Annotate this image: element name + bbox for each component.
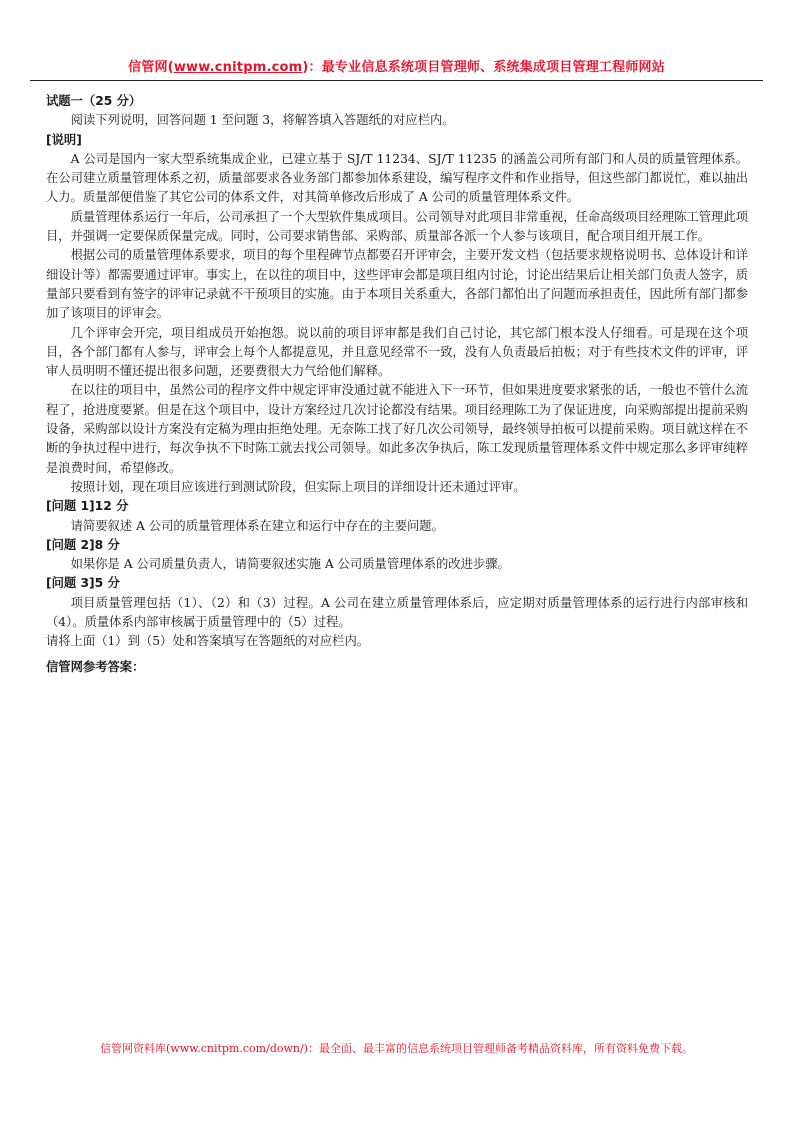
question-2-text: 如果你是 A 公司质量负责人，请简要叙述实施 A 公司质量管理体系的改进步骤。 (46, 555, 748, 574)
header-site-link[interactable]: www.cnitpm.com (174, 60, 303, 75)
header-tagline: )：最专业信息系统项目管理师、系统集成项目管理工程师网站 (302, 60, 665, 75)
page-footer: 信管网资料库(www.cnitpm.com/down/)：最全面、最丰富的信息系… (0, 1040, 793, 1056)
description-paragraph: 按照计划，现在项目应该进行到测试阶段，但实际上项目的详细设计还未通过评审。 (46, 478, 748, 497)
description-paragraph: 质量管理体系运行一年后，公司承担了一个大型软件集成项目。公司领导对此项目非常重视… (46, 208, 748, 247)
page-header: 信管网(www.cnitpm.com)：最专业信息系统项目管理师、系统集成项目管… (30, 56, 763, 75)
fill-instruction: 请将上面（1）到（5）处和答案填写在答题纸的对应栏内。 (46, 632, 748, 651)
exam-instruction: 阅读下列说明，回答问题 1 至问题 3，将解答填入答题纸的对应栏内。 (46, 111, 748, 130)
exam-title: 试题一（25 分） (46, 92, 748, 111)
description-label: [说明] (46, 131, 748, 150)
exam-content: 试题一（25 分） 阅读下列说明，回答问题 1 至问题 3，将解答填入答题纸的对… (46, 92, 748, 677)
question-3-text: 项目质量管理包括（1）、（2）和（3）过程。A 公司在建立质量管理体系后，应定期… (46, 594, 748, 633)
question-1-text: 请简要叙述 A 公司的质量管理体系在建立和运行中存在的主要问题。 (46, 517, 748, 536)
description-paragraph: 几个评审会开完，项目组成员开始抱怨。说以前的项目评审都是我们自己讨论，其它部门根… (46, 324, 748, 382)
header-site-name: 信管网( (128, 60, 174, 75)
description-paragraph: 在以往的项目中，虽然公司的程序文件中规定评审没通过就不能进入下一环节，但如果进度… (46, 381, 748, 477)
question-3-label: [问题 3]5 分 (46, 574, 748, 593)
question-1-label: [问题 1]12 分 (46, 497, 748, 516)
reference-answer-label: 信管网参考答案： (46, 658, 748, 677)
question-2-label: [问题 2]8 分 (46, 536, 748, 555)
description-paragraph: 根据公司的质量管理体系要求，项目的每个里程碑节点都要召开评审会，主要开发文档（包… (46, 246, 748, 323)
header-divider (30, 80, 763, 81)
description-paragraph: A 公司是国内一家大型系统集成企业，已建立基于 SJ/T 11234、SJ/T … (46, 150, 748, 208)
